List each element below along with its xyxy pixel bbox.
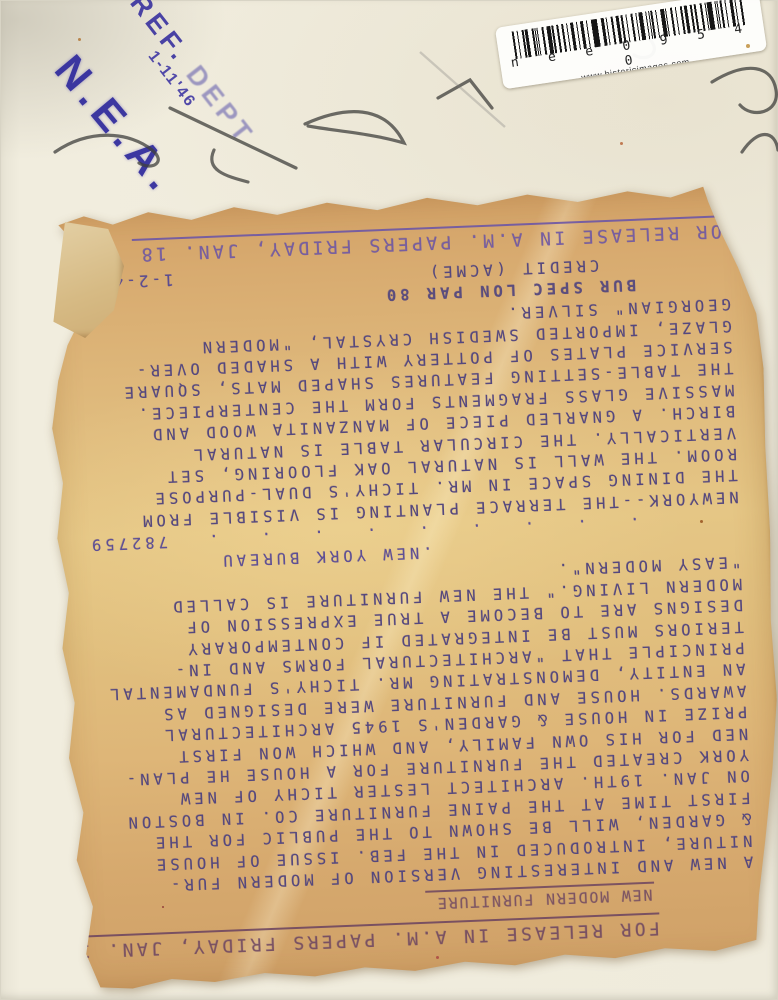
release-stamp-top: FOR RELEASE IN A.M. PAPERS FRIDAY, JAN. … [56, 912, 661, 964]
stain-speck [436, 956, 439, 959]
stain-speck [620, 142, 623, 145]
stain-speck [700, 520, 703, 523]
caption-paragraph-1: A NEW AND INTERESTING VERSION OF MODERN … [89, 551, 753, 898]
caption-title: NEW MODERN FURNITURE [426, 882, 655, 914]
stain-speck [78, 38, 81, 41]
caption-sheet: FOR RELEASE IN A.M. PAPERS FRIDAY, JAN. … [41, 180, 778, 994]
barcode-sticker: n e e 0 9 5 4 0 www.historicimages.com [495, 0, 767, 89]
release-stamp-bottom: FOR RELEASE IN A.M. PAPERS FRIDAY, JAN. … [132, 215, 737, 267]
press-photo-back: REF. DEPT 1-11'46 N.E.A. n e e 0 9 5 4 0… [0, 0, 778, 1000]
caption-paragraph-2: NEWYORK--THE TERRACE PLANTING IS VISIBLE… [79, 293, 739, 533]
stain-speck [746, 44, 750, 48]
stain-speck [162, 906, 164, 908]
photo-number: 782759 [88, 533, 169, 554]
caption-text-flipped: FOR RELEASE IN A.M. PAPERS FRIDAY, JAN. … [41, 180, 778, 994]
